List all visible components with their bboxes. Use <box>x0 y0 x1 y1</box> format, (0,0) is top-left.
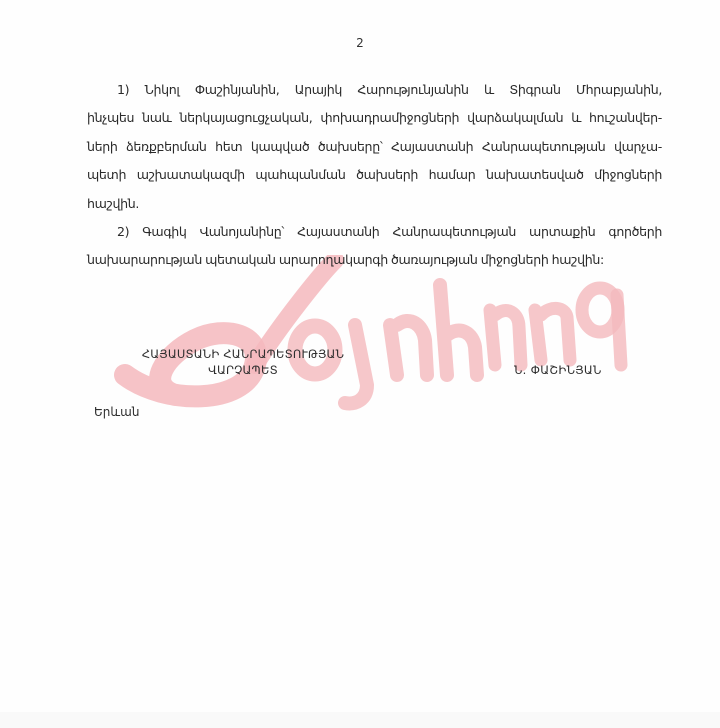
newspaper-watermark-logo: Ժողովուրդ <box>105 255 645 415</box>
paragraph-line: նախարարության պետական արարողակարգի ծառայ… <box>87 246 662 274</box>
paragraph-line: 2) Գագիկ Վանոյանինը՝ Հայաստանի Հանրապետո… <box>87 218 662 246</box>
paragraph-2: 2) Գագիկ Վանոյանինը՝ Հայաստանի Հանրապետո… <box>87 218 662 275</box>
paragraph-line: պետի աշխատակազմի պահպանման ծախսերի համար… <box>87 161 662 189</box>
bottom-edge <box>0 712 720 728</box>
decree-body: 1) Նիկոլ Փաշինյանին, Արայիկ Հարությունյա… <box>87 76 662 275</box>
document-page: Ժողովուրդ 2 1) Նիկոլ Փաշինյանին, Արայիկ … <box>0 0 720 712</box>
signatory-name: Ն. ՓԱՇԻՆՅԱՆ <box>514 362 602 378</box>
paragraph-line: 1) Նիկոլ Փաշինյանին, Արայիկ Հարությունյա… <box>87 76 662 104</box>
paragraph-1: 1) Նիկոլ Փաշինյանին, Արայիկ Հարությունյա… <box>87 76 662 218</box>
signatory-title-line-2: ՎԱՐՉԱՊԵՏ <box>113 362 373 378</box>
signatory-title-line-1: ՀԱՅԱՍՏԱՆԻ ՀԱՆՐԱՊԵՏՈՒԹՅԱՆ <box>113 346 373 362</box>
page-number: 2 <box>350 36 370 50</box>
place-of-signing: Երևան <box>94 405 139 419</box>
signatory-title: ՀԱՅԱՍՏԱՆԻ ՀԱՆՐԱՊԵՏՈՒԹՅԱՆ ՎԱՐՉԱՊԵՏ <box>113 346 373 378</box>
paragraph-line: ինչպես նաև ներկայացուցչական, փոխադրամիջո… <box>87 104 662 132</box>
paragraph-line: հաշվին. <box>87 190 662 218</box>
paragraph-line: ների ձեռքբերման հետ կապված ծախսերը՝ Հայա… <box>87 133 662 161</box>
